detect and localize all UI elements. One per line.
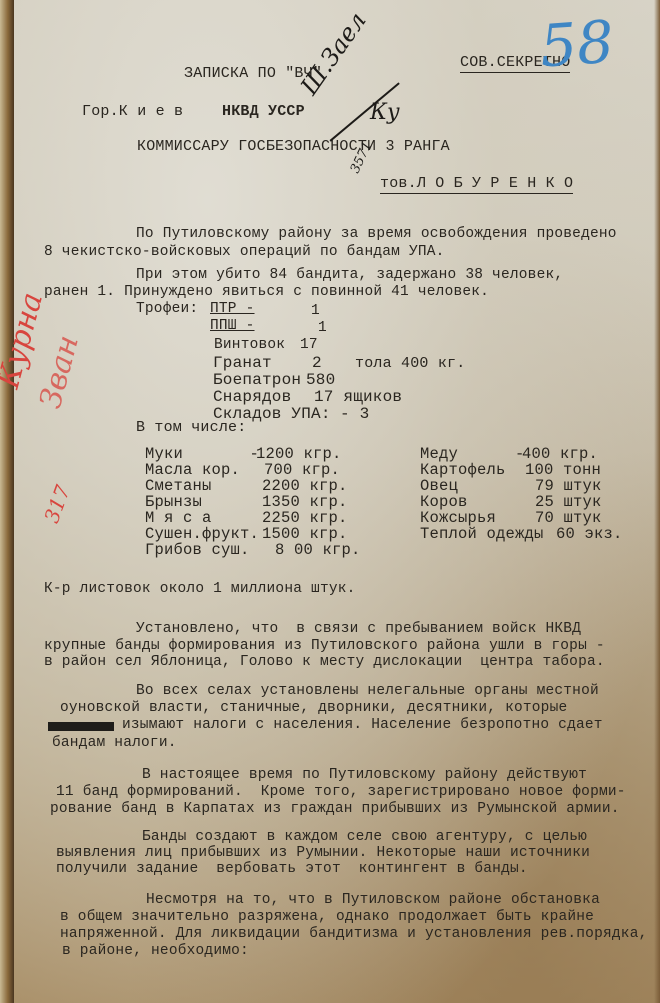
paragraph-6-line-3: получили задание вербовать этот континге… bbox=[56, 862, 528, 877]
paragraph-5-line-1: В настоящее время по Путиловскому району… bbox=[142, 768, 587, 783]
typed-over-redaction bbox=[48, 722, 114, 731]
trophy-qty: 1 bbox=[318, 321, 327, 336]
supply-qty: 60 экз. bbox=[556, 527, 623, 543]
paragraph-7-line-3: напряженной. Для ликвидации бандитизма и… bbox=[60, 927, 648, 942]
supply-qty: 8 00 кгр. bbox=[275, 543, 361, 559]
paragraph-5-line-3: рование банд в Карпатах из граждан прибы… bbox=[50, 802, 620, 817]
paragraph-7-line-4: в районе, необходимо: bbox=[62, 944, 249, 959]
paragraph-7-line-2: в общем значительно разряжена, однако пр… bbox=[60, 910, 594, 925]
including-label: В том числе: bbox=[136, 420, 246, 435]
addressee-name: тов.Л О Б У Р Е Н К О bbox=[380, 176, 573, 194]
paragraph-3-line-2: крупные банды формирования из Путиловско… bbox=[44, 639, 605, 654]
paragraph-6-line-2: выявления лиц прибывших из Румынии. Неко… bbox=[56, 846, 590, 861]
organization: НКВД УССР bbox=[222, 104, 305, 119]
page-number-annotation: 58 bbox=[538, 8, 616, 81]
trophy-item: Снарядов bbox=[213, 389, 291, 405]
leaflets-line: К-р листовок около 1 миллиона штук. bbox=[44, 582, 356, 597]
paragraph-7-line-1: Несмотря на то, что в Путиловском районе… bbox=[146, 893, 600, 908]
paragraph-4-line-2: оуновской власти, станичные, дворники, д… bbox=[60, 701, 567, 716]
trophy-item: ПТР - bbox=[210, 302, 255, 317]
paragraph-2-line-1: При этом убито 84 бандита, задержано 38 … bbox=[136, 268, 563, 283]
trophy-item: Боепатрон bbox=[213, 372, 301, 388]
supply-item: Грибов суш. bbox=[145, 543, 250, 559]
page-right-edge bbox=[654, 0, 660, 1003]
trophy-qty: - 3 bbox=[340, 406, 369, 422]
trophy-qty: 1 bbox=[311, 304, 320, 319]
page-binding-edge bbox=[0, 0, 14, 1003]
paragraph-6-line-1: Банды создают в каждом селе свою агентур… bbox=[142, 830, 587, 845]
paragraph-3-line-1: Установлено, что в связи с пребыванием в… bbox=[136, 622, 581, 637]
paragraph-4-line-3: изымают налоги с населения. Население бе… bbox=[122, 718, 603, 733]
paragraph-1-line-2: 8 чекистско-войсковых операций по бандам… bbox=[44, 245, 445, 260]
paragraph-4-line-1: Во всех селах установлены нелегальные ор… bbox=[136, 684, 599, 699]
trophy-qty: 17 ящиков bbox=[314, 389, 402, 405]
city-line: Гор.К и е в bbox=[82, 104, 183, 119]
trophy-qty: 2 bbox=[312, 355, 322, 371]
trophy-item: ППШ - bbox=[210, 319, 255, 334]
trophy-item: Гранат bbox=[213, 355, 272, 371]
paragraph-3-line-3: в район сел Яблоница, Голово к месту дис… bbox=[44, 655, 605, 670]
addressee-rank: КОММИССАРУ ГОСБЕЗОПАСНОСТИ 3 РАНГА bbox=[137, 139, 450, 154]
trophy-qty: 17 bbox=[300, 338, 318, 353]
paragraph-5-line-2: 11 банд формирований. Кроме того, зареги… bbox=[56, 785, 626, 800]
paragraph-4-line-4: бандам налоги. bbox=[52, 736, 177, 751]
trophy-extra: тола 400 кг. bbox=[355, 356, 465, 371]
paragraph-1-line-1: По Путиловскому району за время освобожд… bbox=[136, 227, 617, 242]
paragraph-2-line-2: ранен 1. Принуждено явиться с повинной 4… bbox=[44, 285, 489, 300]
trophy-item: Винтовок bbox=[214, 338, 285, 353]
trophy-qty: 580 bbox=[306, 372, 335, 388]
trophies-label: Трофеи: bbox=[136, 302, 198, 317]
supply-item: Теплой одежды bbox=[420, 527, 544, 543]
